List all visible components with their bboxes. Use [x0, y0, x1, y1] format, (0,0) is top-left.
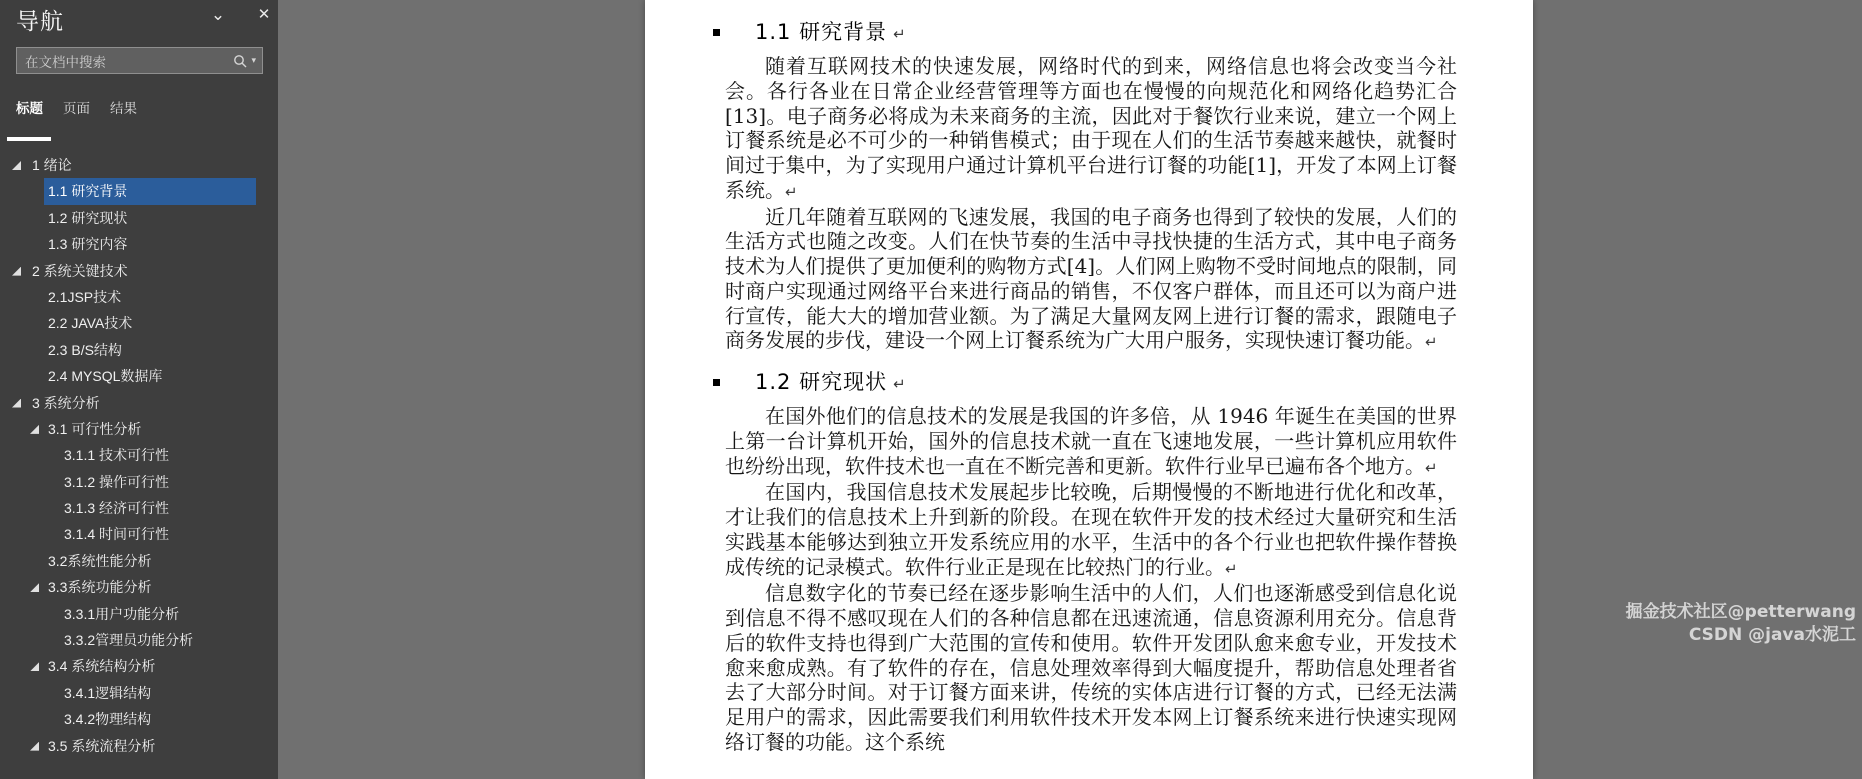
- tree-item-1-2[interactable]: 1.2 研究现状: [0, 205, 278, 231]
- tree-item-3-5[interactable]: 3.5 系统流程分析: [0, 733, 278, 759]
- tree-item-3-3[interactable]: 3.3系统功能分析: [0, 574, 278, 600]
- section-heading-1-1: 1.1 研究背景↵: [725, 19, 1457, 48]
- navigation-pane-title: 导航: [16, 3, 64, 36]
- navigation-pane: 导航 ⌄ ✕ 在文档中搜索 ▾ 标题 页面 结果 1 绪论 1.1 研究背景 1…: [0, 0, 278, 779]
- tree-item-3-4-2[interactable]: 3.4.2物理结构: [0, 706, 278, 732]
- tree-item-3-1-4[interactable]: 3.1.4 时间可行性: [0, 521, 278, 547]
- tab-results[interactable]: 结果: [110, 97, 137, 133]
- tree-item-3-4-1[interactable]: 3.4.1逻辑结构: [0, 680, 278, 706]
- document-page[interactable]: 1.1 研究背景↵ 随着互联网技术的快速发展，网络时代的到来，网络信息也将会改变…: [645, 0, 1533, 779]
- heading-bullet-icon: [713, 379, 720, 386]
- tree-item-3[interactable]: 3 系统分析: [0, 390, 278, 416]
- search-input[interactable]: 在文档中搜索 ▾: [16, 47, 263, 74]
- tree-item-3-3-1[interactable]: 3.3.1用户功能分析: [0, 601, 278, 627]
- paragraph-mark-icon: ↵: [1425, 459, 1438, 477]
- paragraph-mark-icon: ↵: [893, 25, 906, 43]
- expand-triangle-icon[interactable]: [12, 399, 21, 408]
- watermark-line-1: 掘金技术社区@petterwang: [1626, 601, 1856, 624]
- tree-item-3-1[interactable]: 3.1 可行性分析: [0, 416, 278, 442]
- paragraph-mark-icon: ↵: [893, 375, 906, 393]
- watermark: 掘金技术社区@petterwang CSDN @java水泥工: [1626, 601, 1856, 647]
- body-paragraph: 随着互联网技术的快速发展，网络时代的到来，网络信息也将会改变当今社会。各行各业在…: [725, 54, 1457, 205]
- tree-item-2[interactable]: 2 系统关键技术: [0, 258, 278, 284]
- tree-item-2-3[interactable]: 2.3 B/S结构: [0, 337, 278, 363]
- paragraph-mark-icon: ↵: [1225, 560, 1238, 578]
- expand-triangle-icon[interactable]: [12, 161, 21, 170]
- tree-item-2-2[interactable]: 2.2 JAVA技术: [0, 310, 278, 336]
- tree-item-3-1-1[interactable]: 3.1.1 技术可行性: [0, 442, 278, 468]
- heading-text: 1.2 研究现状: [755, 370, 887, 394]
- body-paragraph: 在国内，我国信息技术发展起步比较晚，后期慢慢的不断地进行优化和改革，才让我们的信…: [725, 480, 1457, 581]
- body-paragraph: 在国外他们的信息技术的发展是我国的许多倍，从 1946 年诞生在美国的世界上第一…: [725, 404, 1457, 480]
- tree-item-3-4[interactable]: 3.4 系统结构分析: [0, 653, 278, 679]
- navigation-tabs: 标题 页面 结果: [16, 97, 137, 133]
- section-heading-1-2: 1.2 研究现状↵: [725, 369, 1457, 398]
- tree-item-1-1[interactable]: 1.1 研究背景: [0, 178, 278, 204]
- body-paragraph: 近几年随着互联网的飞速发展，我国的电子商务也得到了较快的发展，人们的生活方式也随…: [725, 205, 1457, 356]
- heading-text: 1.1 研究背景: [755, 20, 887, 44]
- expand-triangle-icon[interactable]: [30, 662, 39, 671]
- paragraph-mark-icon: ↵: [785, 183, 798, 201]
- expand-triangle-icon[interactable]: [30, 583, 39, 592]
- tree-item-3-2[interactable]: 3.2系统性能分析: [0, 548, 278, 574]
- tree-item-2-1[interactable]: 2.1JSP技术: [0, 284, 278, 310]
- headings-tree: 1 绪论 1.1 研究背景 1.2 研究现状 1.3 研究内容 2 系统关键技术…: [0, 152, 278, 759]
- tree-item-1-3[interactable]: 1.3 研究内容: [0, 231, 278, 257]
- watermark-line-2: CSDN @java水泥工: [1626, 624, 1856, 647]
- expand-triangle-icon[interactable]: [12, 267, 21, 276]
- expand-triangle-icon[interactable]: [30, 425, 39, 434]
- tree-item-3-3-2[interactable]: 3.3.2管理员功能分析: [0, 627, 278, 653]
- close-icon[interactable]: ✕: [250, 5, 278, 29]
- search-options-chevron-icon[interactable]: ▾: [251, 55, 256, 66]
- search-placeholder: 在文档中搜索: [17, 51, 233, 71]
- tab-headings[interactable]: 标题: [16, 97, 43, 133]
- chevron-down-icon[interactable]: ⌄: [204, 5, 232, 29]
- expand-triangle-icon[interactable]: [30, 742, 39, 751]
- body-paragraph: 信息数字化的节奏已经在逐步影响生活中的人们，人们也逐渐感受到信息化说到信息不得不…: [725, 581, 1457, 754]
- tree-item-2-4[interactable]: 2.4 MYSQL数据库: [0, 363, 278, 389]
- heading-bullet-icon: [713, 29, 720, 36]
- paragraph-mark-icon: ↵: [1425, 333, 1438, 351]
- tree-item-3-1-3[interactable]: 3.1.3 经济可行性: [0, 495, 278, 521]
- search-icon[interactable]: [233, 54, 247, 68]
- tree-item-3-1-2[interactable]: 3.1.2 操作可行性: [0, 469, 278, 495]
- tree-item-1[interactable]: 1 绪论: [0, 152, 278, 178]
- tab-pages[interactable]: 页面: [63, 97, 90, 133]
